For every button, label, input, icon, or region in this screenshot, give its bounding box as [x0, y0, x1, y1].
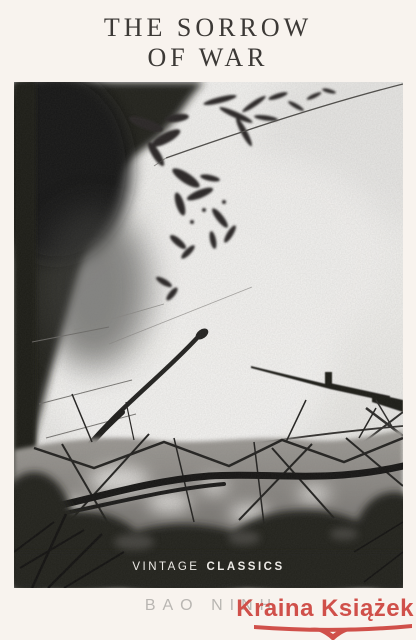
open-book-icon	[253, 620, 413, 640]
cover-photo: VINTAGECLASSICS	[14, 82, 403, 588]
book-cover: THE SORROW OF WAR	[0, 0, 416, 640]
title-line-1: THE SORROW	[0, 13, 416, 43]
publisher-classics: CLASSICS	[206, 561, 284, 573]
title-line-2: OF WAR	[0, 43, 416, 73]
watermark-text: Kraina Książek	[236, 597, 414, 621]
watermark: Kraina Książek	[236, 597, 414, 640]
film-grain	[14, 82, 403, 588]
cover-photo-art	[14, 82, 403, 588]
publisher-logo: VINTAGECLASSICS	[14, 562, 403, 574]
book-title: THE SORROW OF WAR	[0, 13, 416, 73]
publisher-vintage: VINTAGE	[132, 561, 199, 573]
